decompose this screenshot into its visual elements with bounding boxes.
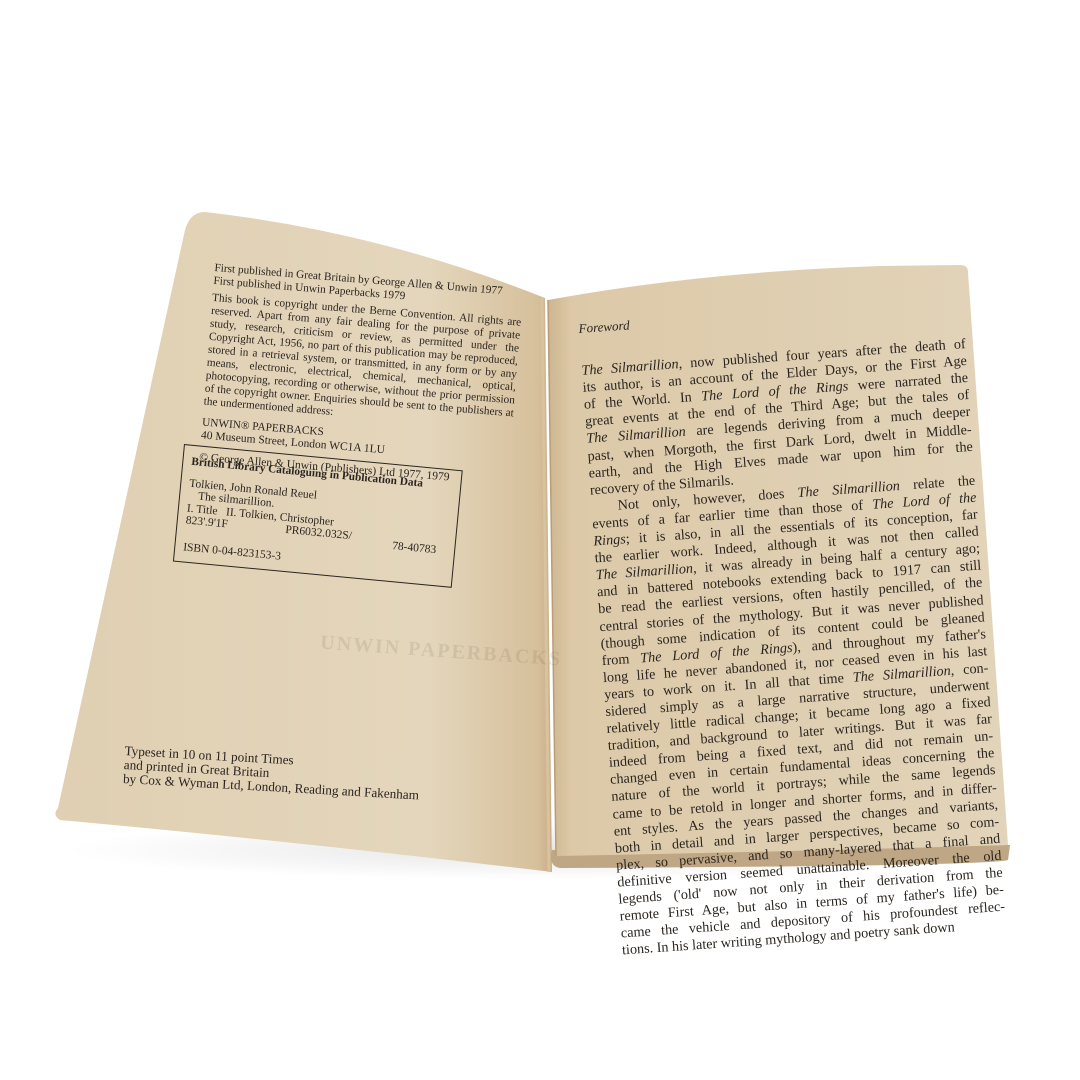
foreword-page: Foreword The Silmarillion, now published… [578,293,1007,960]
foreword-text: The Silmarillion, now published four yea… [581,336,1007,960]
cip-dewey: 823'.9'1F [185,515,228,531]
cip-control-number: 78-40783 [392,540,437,557]
copyright-notice: This book is copyright under the Berne C… [203,292,521,433]
